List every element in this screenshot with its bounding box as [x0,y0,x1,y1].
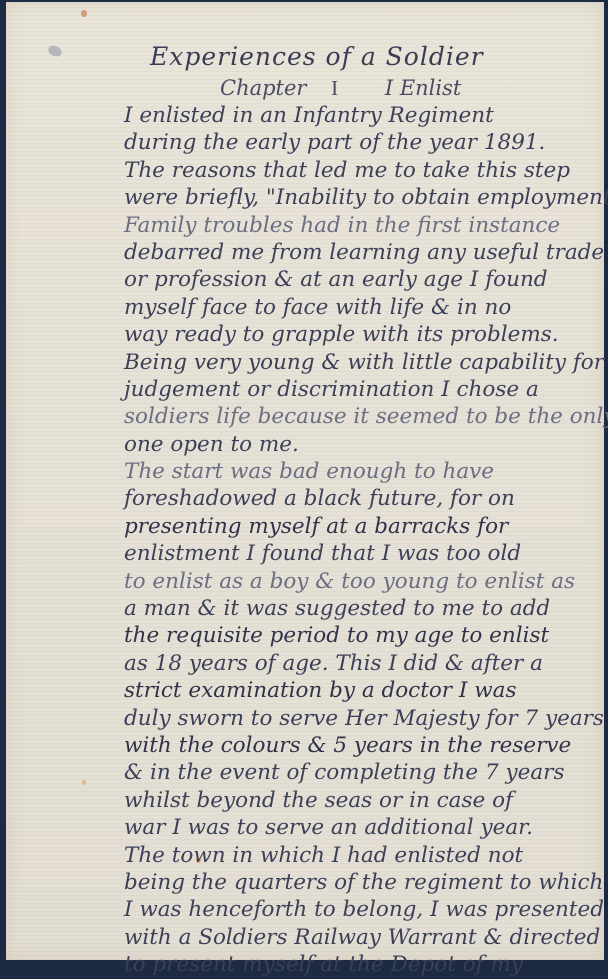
text-line: soldiers life because it seemed to be th… [124,403,608,430]
text-line: strict examination by a doctor I was [124,677,608,704]
manuscript-page: Experiences of a Soldier Chapter I I Enl… [6,2,604,960]
chapter-label: Chapter [220,76,306,100]
text-line: I enlisted in an Infantry Regiment [124,102,608,129]
text-line: The reasons that led me to take this ste… [124,157,608,184]
rust-spot [81,10,87,17]
rust-spot [82,780,86,785]
text-line: a man & it was suggested to me to add [124,595,608,622]
text-line: the requisite period to my age to enlist [124,622,608,649]
text-line: presenting myself at a barracks for [124,513,608,540]
chapter-heading: Chapter I I Enlist [220,74,608,102]
text-line: myself face to face with life & in no [124,294,608,321]
text-line: I was henceforth to belong, I was presen… [124,896,608,923]
text-line: during the early part of the year 1891. [124,129,608,156]
text-line: The start was bad enough to have [124,458,608,485]
text-line: whilst beyond the seas or in case of [124,787,608,814]
text-line: one open to me. [124,431,608,458]
text-line: to enlist as a boy & too young to enlist… [124,568,608,595]
text-line: & in the event of completing the 7 years [124,759,608,786]
chapter-number: I [331,74,338,102]
text-line: Family troubles had in the first instanc… [124,212,608,239]
text-line: debarred me from learning any useful tra… [124,239,608,266]
text-line: with the colours & 5 years in the reserv… [124,732,608,759]
text-line: foreshadowed a black future, for on [124,485,608,512]
text-line: war I was to serve an additional year. [124,814,608,841]
text-line: with a Soldiers Railway Warrant & direct… [124,924,608,951]
text-line: to present myself at the Depot of my [124,951,608,960]
text-line: Being very young & with little capabilit… [124,349,608,376]
text-line: as 18 years of age. This I did & after a [124,650,608,677]
text-line: duly sworn to serve Her Majesty for 7 ye… [124,705,608,732]
ink-blot [47,44,64,59]
text-line: way ready to grapple with its problems. [124,321,608,348]
text-line: The town in which I had enlisted not [124,842,608,869]
text-line: being the quarters of the regiment to wh… [124,869,608,896]
text-line: judgement or discrimination I chose a [124,376,608,403]
handwritten-text: Experiences of a Soldier Chapter I I Enl… [116,40,608,960]
chapter-title: I Enlist [385,76,461,100]
text-line: were briefly, "Inability to obtain emplo… [124,184,608,211]
text-line: or profession & at an early age I found [124,266,608,293]
document-title: Experiences of a Soldier [150,40,608,74]
text-line: enlistment I found that I was too old [124,540,608,567]
